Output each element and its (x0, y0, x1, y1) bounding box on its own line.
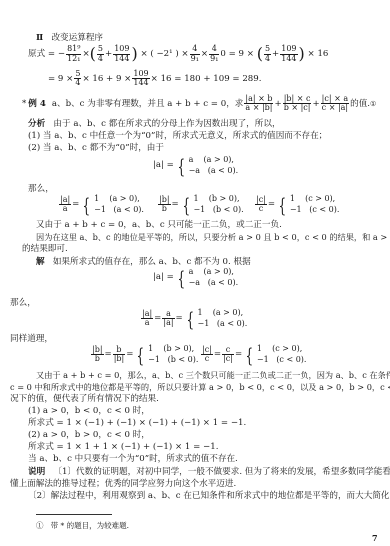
cases: a (a > 0),−a (a < 0). (189, 267, 239, 289)
brace: { (279, 195, 287, 215)
left-paren: ( (257, 44, 263, 64)
fraction: 49₁ (209, 45, 219, 63)
ratio-c: |c|c= { 1 (c > 0),−1 (c < 0). (254, 194, 339, 216)
calc-prefix: 原式 = (28, 49, 55, 60)
ratio-b: |b|b= { 1 (b > 0),−1 (b < 0). (157, 194, 244, 216)
brace: { (177, 268, 185, 288)
brace: { (83, 195, 91, 215)
cases: 1 (b > 0),−1 (b < 0). (148, 344, 198, 366)
fraction: 109144 (132, 70, 149, 88)
analysis-line-2: (1) 当 a、b、c 中任意一个为“0”时，所求式无意义，所求式的值因而不存在… (28, 131, 327, 142)
footnote-text: 带 * 的题目，为较难题. (51, 521, 129, 530)
fraction: |b|b (158, 196, 171, 214)
note-line-3: 〔2〕解法过程中，利用观察到 a、b、c 在已知条件和所求式中的地位都是平等的，… (28, 491, 390, 502)
fraction: |c|c (255, 196, 267, 214)
fraction: 54 (74, 70, 81, 88)
case-1-result: 所求式 = 1 × (−1) + (−1) × (−1) + (−1) × 1 … (28, 418, 246, 429)
abs-definition-2: |a| = { a (a > 0),−a (a < 0). (153, 267, 238, 289)
solution-para-3: 况下的值，便代表了所有情况下的结果. (10, 394, 159, 405)
ratio-a-solution: |a|a= a|a|= { 1 (a > 0),−1 (a < 0). (140, 308, 247, 330)
plus-sign: + (105, 49, 112, 60)
footnote: ① 带 * 的题目，为较难题. (36, 521, 129, 530)
footnote-divider (36, 514, 112, 515)
minus-sign: − (58, 49, 65, 60)
solution-text: 如果所求式的值存在，那么 a、b、c 都不为 0. 根据 (53, 257, 251, 267)
calc-tail-2: × 16 (308, 49, 329, 60)
fraction: |a|a (59, 196, 71, 214)
cases: 1 (b > 0),−1 (b < 0). (193, 194, 243, 216)
fraction: |c|c (201, 346, 213, 364)
fraction: |b| × cb × |c| (283, 95, 312, 113)
brace: { (177, 156, 185, 176)
example-4: * 例 4 a、b、c 为非零有理数，并且 a + b + c = 0，求 |a… (22, 95, 376, 113)
plus-sign: + (272, 49, 279, 60)
ratio-b-solution: |b|b= b|b|= { 1 (b > 0),−1 (b < 0). (90, 344, 198, 366)
fraction: 54 (264, 45, 271, 63)
section-title: 改变运算程序 (51, 33, 103, 43)
fraction: 81⁹12₁ (66, 45, 81, 63)
brace: { (137, 345, 145, 365)
calc-text: × 16 + 9 × (82, 74, 131, 85)
analysis-line-1: 分析 由于 a、b、c 都在所求式的分母上作为因数出现了，所以， (28, 119, 281, 130)
fraction: |b|b (91, 346, 104, 364)
calc-middle: × ( −2¹ ) × (140, 49, 188, 60)
case-1: (1) a > 0，b < 0，c < 0 时， (28, 406, 150, 417)
right-paren: ) (131, 44, 137, 64)
cases: a (a > 0),−a (a < 0). (189, 155, 239, 177)
footnote-mark: ① (36, 521, 44, 530)
fraction: 49₁ (190, 45, 200, 63)
abs-lhs: |a| = (153, 272, 174, 283)
analysis-label: 分析 (28, 119, 45, 129)
abs-lhs: |a| = (153, 160, 174, 171)
ratio-a: |a|a= { 1 (a > 0),−1 (a < 0). (58, 194, 144, 216)
fraction: b|b| (113, 346, 126, 364)
solution-para-2: c = 0 中和所求式中的地位都是平等的，所以只要计算 a > 0，b < 0，… (10, 382, 390, 392)
cases: 1 (a > 0),−1 (a < 0). (94, 194, 144, 216)
analysis-line-6: 的结果即可. (22, 244, 68, 255)
case-2-result: 所求式 = 1 × 1 + 1 × (−1) + (−1) × 1 = −1. (28, 442, 218, 453)
times-sign: × (82, 49, 89, 60)
example-text-end: 的值. (350, 99, 370, 110)
note-line-1: 说明 〔1〕代数的证明题，对初中同学，一般不做要求. 但为了将来的发展，希望多数… (28, 467, 390, 478)
zero-case: 当 a、b、c 中只要有一个为“0”时，所求式的值不存在. (28, 454, 238, 465)
analysis-line-4: 又由于 a + b + c = 0，a、b、c 只可能一正二负，或二正一负. (36, 220, 282, 231)
brace: { (186, 309, 194, 329)
fraction: 109144 (113, 45, 130, 63)
ratio-c-solution: |c|c= c|c|= { 1 (c > 0),−1 (c < 0). (200, 344, 306, 366)
brace: { (182, 195, 190, 215)
left-paren: ( (90, 44, 96, 64)
footnote-ref: ① (370, 100, 376, 109)
fraction: 54 (97, 45, 104, 63)
then-text-2: 那么， (10, 298, 36, 309)
note-label: 说明 (28, 467, 45, 477)
calc-line-2: = 9 × 54 × 16 + 9 × 109144 × 16 = 180 + … (48, 70, 261, 88)
brace: { (246, 345, 254, 365)
calc-line-1: 原式 = − 81⁹12₁ × ( 54 + 109144 ) × ( −2¹ … (28, 44, 328, 64)
fraction: |c| × ac × |a| (321, 95, 349, 113)
fraction: 109144 (280, 45, 297, 63)
analysis-line-3: (2) 当 a、b、c 都不为“0”时，由于 (28, 143, 164, 154)
calc-tail: 0 = 9 × (220, 49, 254, 60)
calc-text: = 9 × (48, 74, 73, 85)
case-2: (2) a > 0，b > 0，c < 0 时， (28, 430, 150, 441)
cases: 1 (a > 0),−1 (a < 0). (197, 308, 247, 330)
section-numeral: Ⅱ (36, 33, 43, 43)
solution-label: 解 (36, 257, 45, 267)
fraction: c|c| (222, 346, 234, 364)
right-paren: ) (299, 44, 305, 64)
star-mark: * (22, 99, 26, 110)
fraction: |a| × ba × |b| (244, 95, 273, 113)
cases: 1 (c > 0),−1 (c < 0). (257, 344, 307, 366)
abs-definition: |a| = { a (a > 0),−a (a < 0). (153, 155, 238, 177)
example-text: a、b、c 为非零有理数，并且 a + b + c = 0，求 (52, 99, 244, 110)
fraction: |a|a (141, 310, 153, 328)
example-label: 例 4 (28, 99, 46, 110)
fraction: a|a| (162, 310, 174, 328)
solution-para-1: 又由于 a + b + c = 0，那么，a、b、c 三个数只可能一正二负或二正… (36, 370, 390, 380)
analysis-line-5: 因为在这里 a、b、c 的地位是平等的，所以，只要分析 a > 0 且 b < … (36, 232, 390, 242)
analysis-text: 由于 a、b、c 都在所求式的分母上作为因数出现了，所以， (53, 119, 280, 129)
note-text: 〔1〕代数的证明题，对初中同学，一般不做要求. 但为了将来的发展，希望多数同学能… (53, 467, 390, 477)
section-heading: Ⅱ 改变运算程序 (36, 33, 103, 44)
same-reasoning: 同样道理， (10, 334, 53, 345)
cases: 1 (c > 0),−1 (c < 0). (290, 194, 340, 216)
calc-result: × 16 = 180 + 109 = 289. (151, 74, 262, 85)
page-number: 7 (372, 533, 378, 543)
note-line-2: 懂上面解法的推导过程；优秀的同学应努力向这个水平迈进. (10, 479, 236, 490)
then-text: 那么， (28, 184, 54, 195)
